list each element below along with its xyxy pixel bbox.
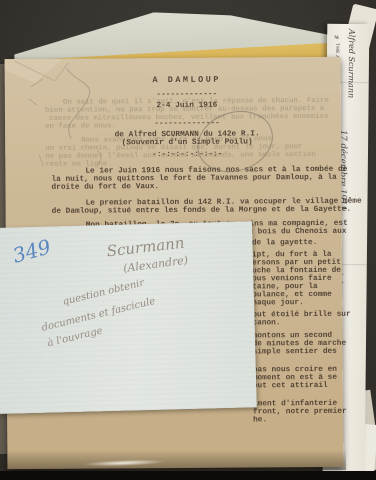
- typed-fragment: canon.: [252, 319, 280, 327]
- note-archive-number: 349: [10, 234, 53, 267]
- typed-fragment: out cet attirail: [253, 382, 328, 391]
- typed-fragment: front, notre premier: [253, 408, 347, 417]
- paragraph: Le 1er Juin 1916 nous faisons nos sacs e…: [51, 166, 343, 193]
- typed-fragment: haque jour.: [252, 299, 304, 308]
- header-place: A DAMLOUP: [33, 75, 341, 85]
- typed-fragment: simple sentier des: [253, 348, 337, 357]
- page-bottom-shadow: [6, 450, 346, 470]
- typed-fragment: he.: [253, 416, 267, 424]
- paragraph-line: droite du fort de Vaux.: [51, 182, 343, 192]
- paragraph: Le premier bataillon du 142 R.I. va occu…: [52, 198, 344, 216]
- typed-fragment: out étoilé brille sur: [252, 311, 350, 320]
- header-rule-2: --------------: [33, 119, 341, 129]
- blue-note: 349 Scurmann (Alexandre) question obteni…: [0, 221, 257, 414]
- paragraph-line: de Damloup, situé entre les fonds de la …: [52, 206, 344, 216]
- handwritten-name-side: Alfred Scurmann: [347, 29, 357, 98]
- table-shadow-strip: [0, 471, 376, 480]
- typed-fragment: de la gayette.: [252, 239, 318, 248]
- photographed-archive-bundle: ℀ THE ALEXANDRIA & RAMLEH Alfred Scurman…: [0, 0, 376, 480]
